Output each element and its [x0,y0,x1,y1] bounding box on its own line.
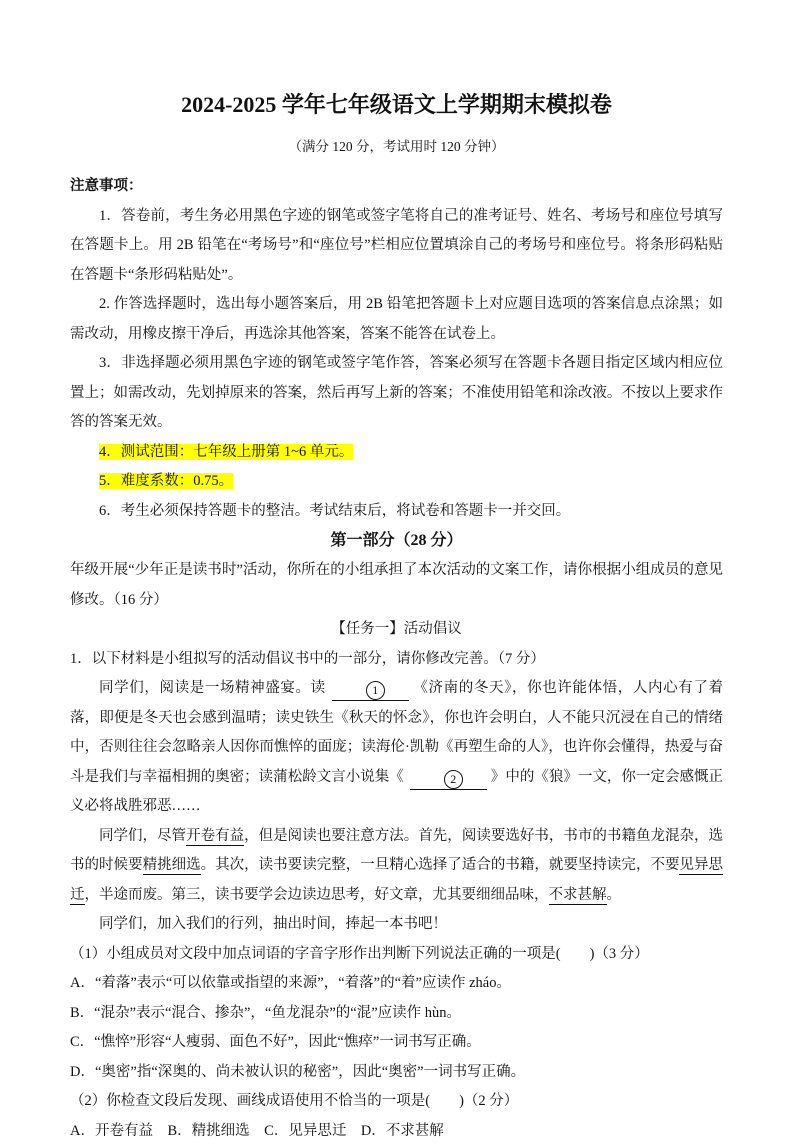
sub-question-1-stem: （1）小组成员对文段中加点词语的字音字形作出判断下列说法正确的一项是( )（3 … [70,940,723,970]
page-title: 2024-2025 学年七年级语文上学期期末模拟卷 [70,90,723,120]
passage-paragraph-3: 同学们，加入我们的行列，抽出时间，捧起一本书吧！ [70,910,723,940]
passage-p2-seg4: ，半途而废。第三，读书要学会边读边思考，好文章，尤其要细细品味， [85,887,549,903]
passage-p2-seg3: 。其次，读书要读完整，一旦精心选择了适合的书籍，就要坚持读完，不要 [201,857,680,873]
underlined-idiom-2: 精挑细选 [143,857,201,875]
circled-number-2: 2 [444,770,463,789]
passage-paragraph-1: 同学们，阅读是一场精神盛宴。读1《济南的冬天》，你也许能体悟，人内心有了着落，即… [70,674,723,822]
notice-item-2: 2. 作答选择题时，选出每小题答案后，用 2B 铅笔把答题卡上对应题目选项的答案… [70,290,723,349]
part1-intro: 年级开展“少年正是读书时”活动，你所在的小组承担了本次活动的文案工作，请你根据小… [70,556,723,615]
notice-heading: 注意事项： [70,172,723,202]
sub-question-1-option-a: A．“着落”表示“可以依靠或指望的来源”，“着落”的“着”应读作 zháo。 [70,969,723,999]
sub-question-1-option-b: B．“混杂”表示“混合、掺杂”，“鱼龙混杂”的“混”应读作 hùn。 [70,999,723,1029]
blank-1: 1 [332,681,409,701]
sub-question-1-option-d: D．“奥密”指“深奥的、尚未被认识的秘密”，因此“奥密”一词书写正确。 [70,1058,723,1088]
sub-question-2-options: A．开卷有益 B．精挑细选 C．见异思迁 D．不求甚解 [70,1117,723,1146]
highlighted-text-test-range: 4．测试范围：七年级上册第 1~6 单元。 [99,444,353,460]
sub-question-1-option-c: C．“憔悴”形容“人瘦弱、面色不好”，因此“憔瘁”一词书写正确。 [70,1028,723,1058]
notice-item-3: 3．非选择题必须用黑色字迹的钢笔或签字笔作答，答案必须写在答题卡各题目指定区域内… [70,349,723,438]
highlighted-text-difficulty: 5．难度系数：0.75。 [99,473,233,489]
exam-paper-page: 2024-2025 学年七年级语文上学期期末模拟卷 （满分 120 分，考试用时… [0,0,793,1122]
task1-heading: 【任务一】活动倡议 [70,615,723,645]
blank-2: 2 [410,770,487,790]
exam-score-duration: （满分 120 分，考试用时 120 分钟） [70,136,723,158]
sub-question-2-stem: （2）你检查文段后发现、画线成语使用不恰当的一项是( )（2 分） [70,1087,723,1117]
notice-item-1: 1．答卷前，考生务必用黑色字迹的钢笔或签字笔将自己的准考证号、姓名、考场号和座位… [70,202,723,291]
notice-item-6: 6．考生必须保持答题卡的整洁。考试结束后，将试卷和答题卡一并交回。 [70,497,723,527]
question-1-stem: 1．以下材料是小组拟写的活动倡议书中的一部分，请你修改完善。（7 分） [70,645,723,675]
notice-item-5-highlighted: 5．难度系数：0.75。 [70,467,723,497]
passage-p1-seg1: 同学们，阅读是一场精神盛宴。读 [99,680,326,696]
passage-p2-seg1: 同学们，尽管 [99,828,186,844]
circled-number-1: 1 [366,681,385,700]
passage-p2-seg5: 。 [607,887,622,903]
part1-heading: 第一部分（28 分） [70,526,723,556]
underlined-idiom-1: 开卷有益 [186,828,244,846]
passage-paragraph-2: 同学们，尽管开卷有益，但是阅读也要注意方法。首先，阅读要选好书，书市的书籍鱼龙混… [70,822,723,911]
underlined-idiom-4: 不求甚解 [549,887,607,905]
notice-item-4-highlighted: 4．测试范围：七年级上册第 1~6 单元。 [70,438,723,468]
